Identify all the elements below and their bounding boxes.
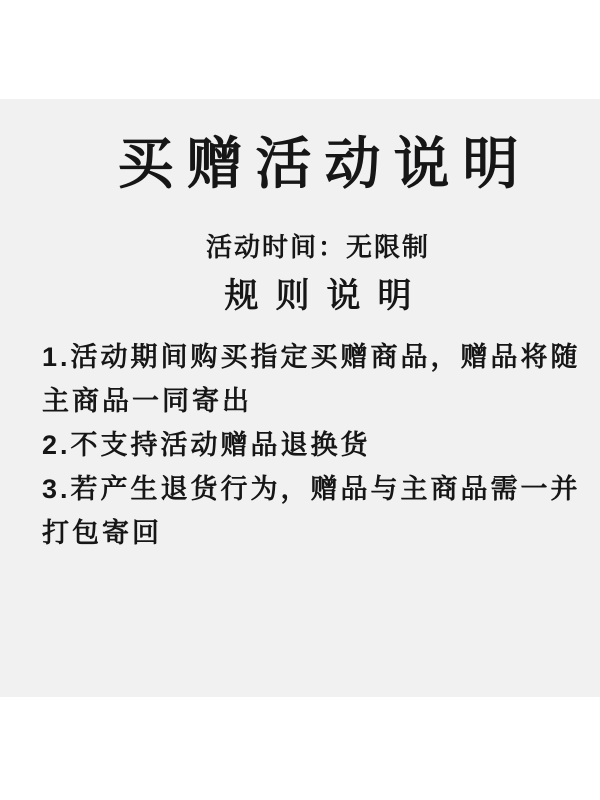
rule-line: 打包寄回: [42, 511, 594, 555]
rule-line: 3.若产生退货行为，赠品与主商品需一并: [42, 467, 594, 511]
rule-line: 2.不支持活动赠品退换货: [42, 423, 594, 467]
rules-heading: 规则说明: [42, 277, 594, 315]
notice-title: 买赠活动说明: [42, 135, 594, 193]
activity-time-text: 活动时间：无限制: [42, 233, 594, 261]
rules-list: 1.活动期间购买指定买赠商品，赠品将随 主商品一同寄出 2.不支持活动赠品退换货…: [42, 335, 594, 555]
rule-line: 1.活动期间购买指定买赠商品，赠品将随: [42, 335, 594, 379]
notice-panel: 买赠活动说明 活动时间：无限制 规则说明 1.活动期间购买指定买赠商品，赠品将随…: [0, 99, 600, 697]
rule-line: 主商品一同寄出: [42, 379, 594, 423]
